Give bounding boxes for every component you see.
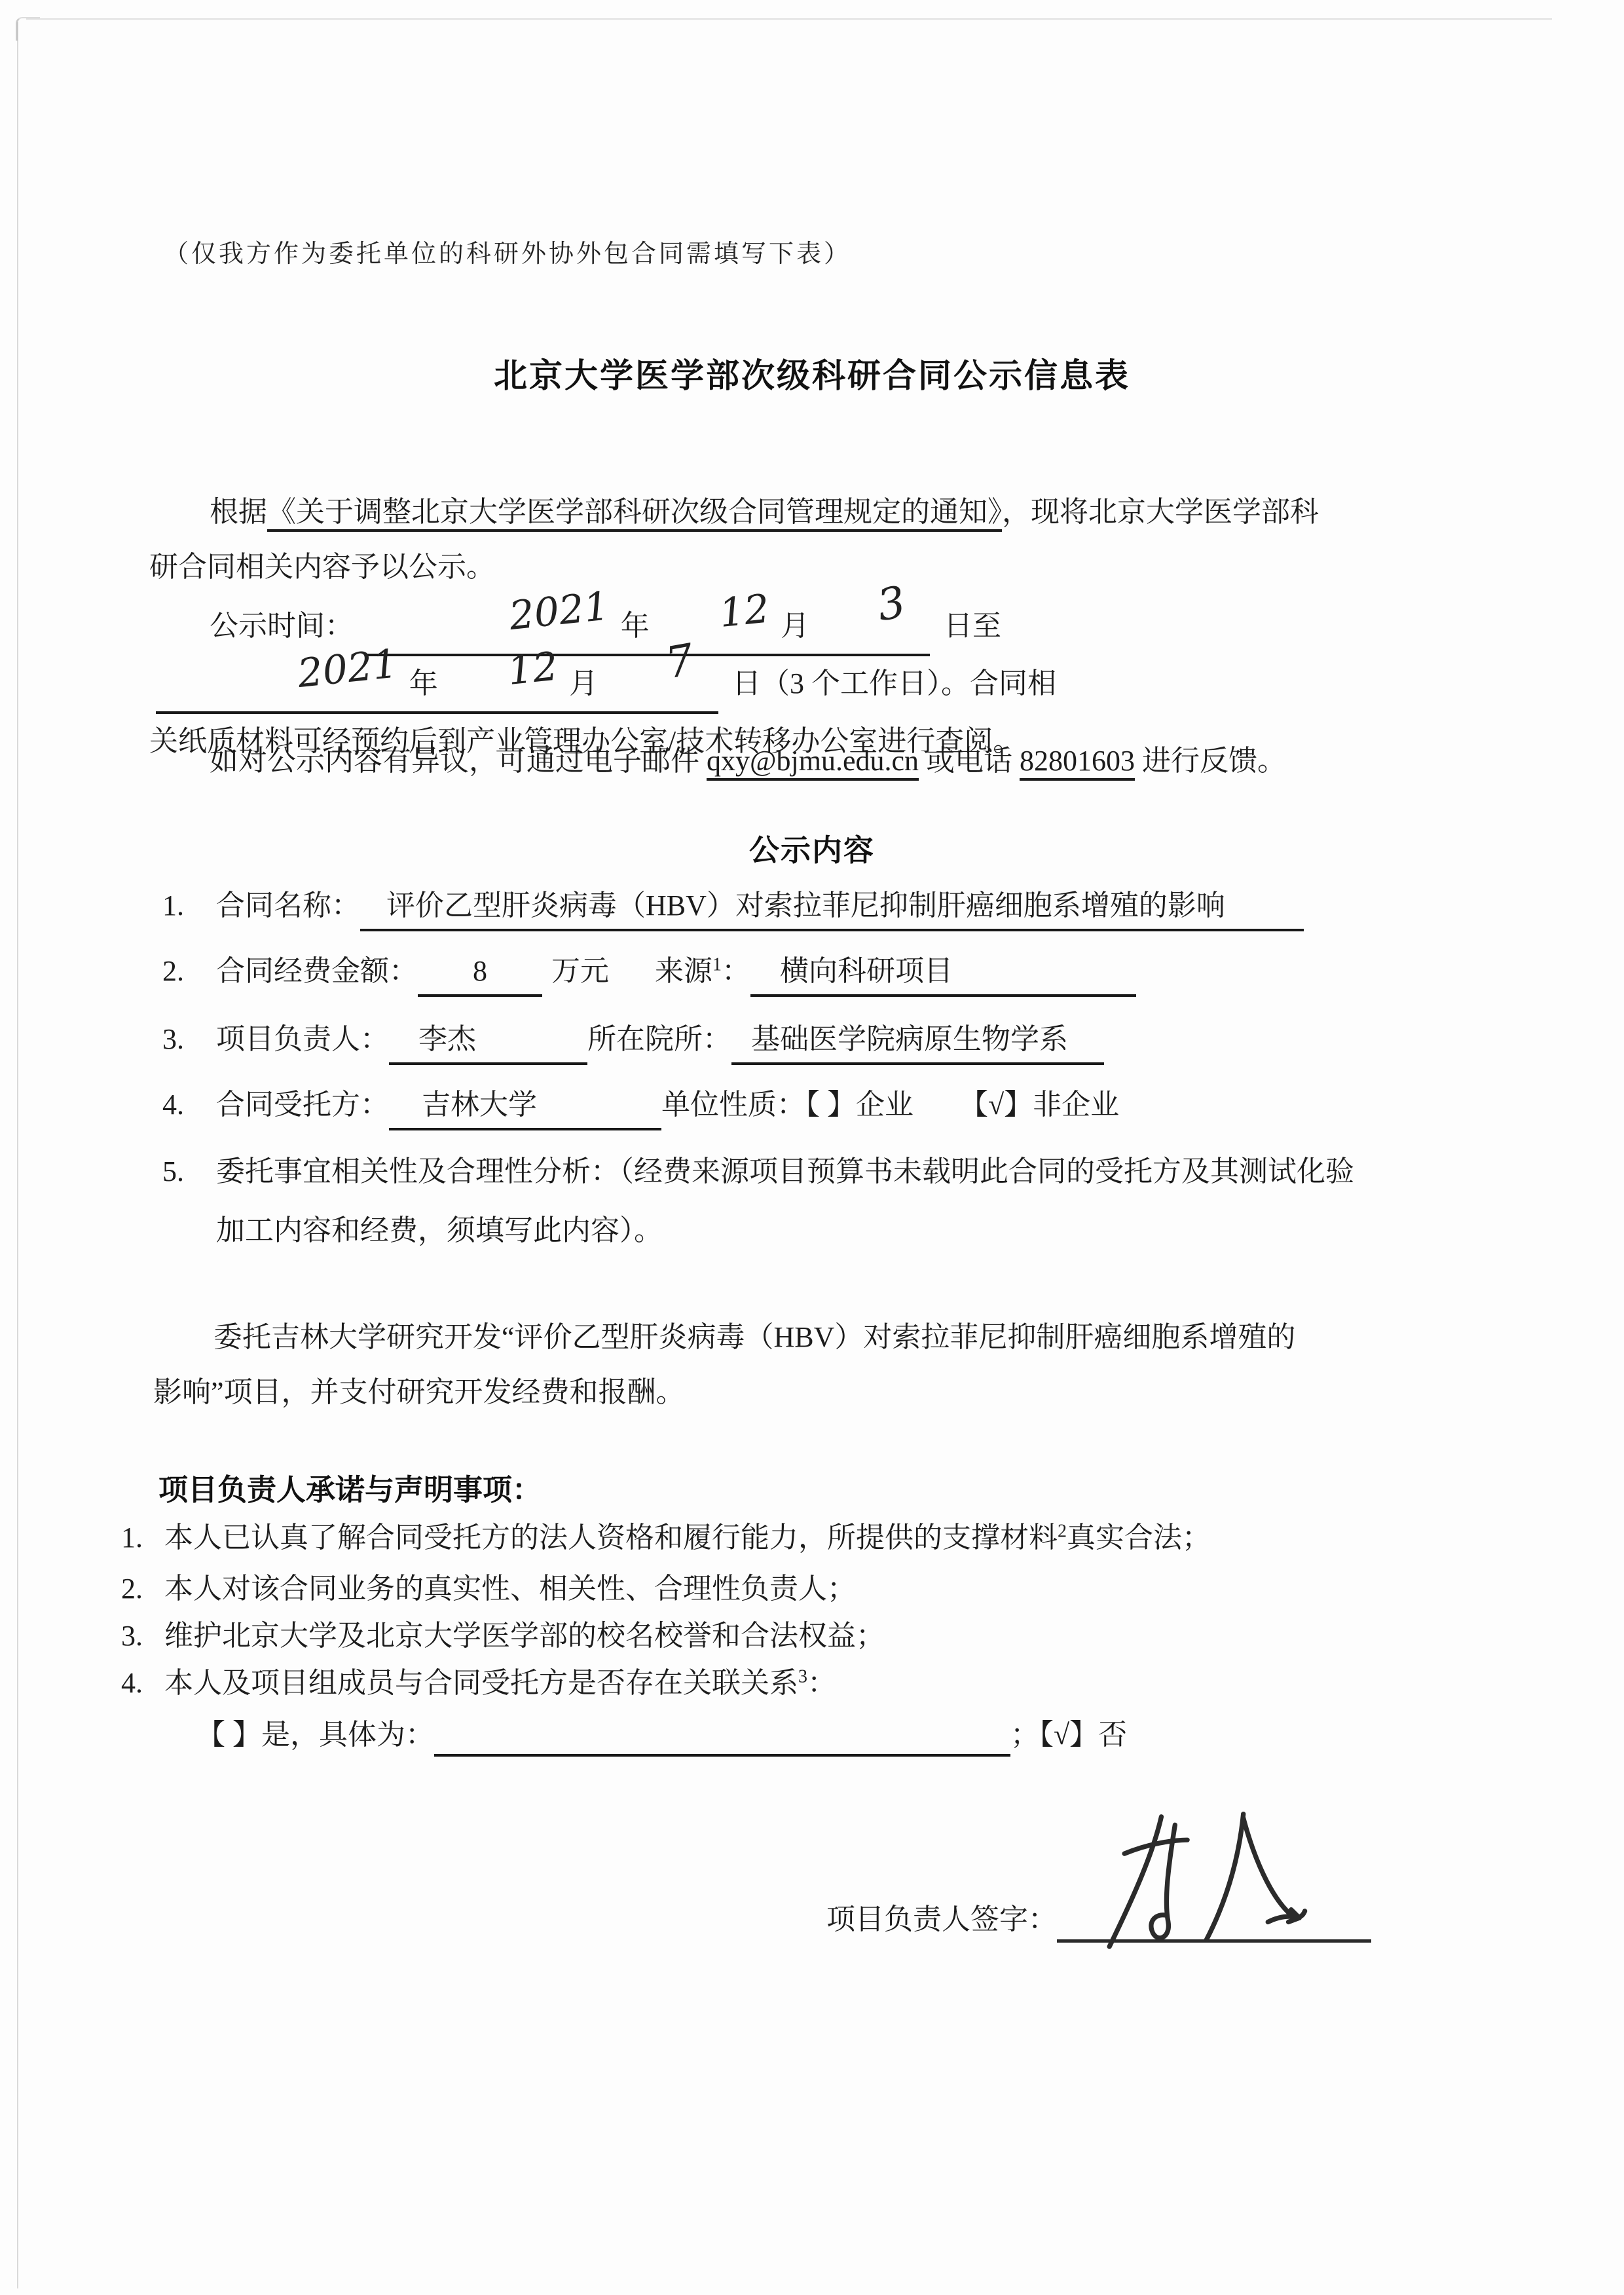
commitment-text-3: 维护北京大学及北京大学医学部的校名校誉和合法权益； (164, 1620, 885, 1652)
period-line-1: 公示时间： 2021年12月3 日至 2021年12月7 日（3 个工作日）。合… (149, 599, 1577, 714)
item-number: 3. (121, 1616, 164, 1656)
signature-label: 项目负责人签字： (826, 1903, 1057, 1935)
intro-paragraph: 根据《关于调整北京大学医学部科研次级合同管理规定的通知》，现将北京大学医学部科 … (149, 485, 1531, 595)
footnote-ref-3: 3 (798, 1666, 807, 1687)
month-unit-2: 月 (569, 667, 598, 700)
item-contract-amount: 2.合同经费金额：8万元来源1：横向科研项目 (162, 951, 1590, 997)
entrust-line-2: 影响”项目，并支付研究开发经费和报酬。 (153, 1365, 1535, 1420)
feedback-pre: 如对公示内容有异议，可通过电子邮件 (210, 745, 707, 777)
item-number: 1. (121, 1518, 164, 1558)
signature-line (1057, 1939, 1371, 1943)
notice-title: 《关于调整北京大学医学部科研次级合同管理规定的通知》 (267, 496, 1002, 528)
item-rationale-line-2: 加工内容和经费，须填写此内容）。 (216, 1210, 1624, 1251)
commitment-text-1b: 真实合法； (1067, 1521, 1211, 1554)
handwritten-year-2: 2021 (238, 663, 397, 681)
source-colon: ： (722, 955, 750, 987)
handwritten-day-1: 3 (819, 602, 905, 617)
contractor-label: 合同受托方： (216, 1089, 389, 1121)
handwritten-month-2: 12 (448, 666, 557, 678)
commitment-item-3: 3.维护北京大学及北京大学医学部的校名校誉和合法权益； (121, 1616, 1575, 1656)
commitment-text-2: 本人对该合同业务的真实性、相关性、合理性负责人； (164, 1573, 856, 1605)
item-number: 5. (162, 1151, 216, 1192)
item-number: 1. (162, 886, 216, 926)
source-value: 横向科研项目 (750, 951, 1136, 997)
footnote-ref-1: 1 (712, 954, 722, 975)
feedback-post: 进行反馈。 (1135, 745, 1286, 777)
checkbox-no-checked: 【√】否 (1039, 1719, 1127, 1751)
period-mid: 日至 (944, 610, 1001, 642)
item-contractor: 4.合同受托方：吉林大学单位性质：【 】企业【√】非企业 (162, 1085, 1590, 1130)
pi-value: 李杰 (389, 1019, 587, 1065)
period-tail: 日（3 个工作日）。合同相 (732, 667, 1056, 700)
month-unit-1: 月 (781, 610, 809, 642)
checkbox-non-enterprise-checked: 【√】非企业 (959, 1089, 1119, 1121)
year-unit-2: 年 (409, 667, 438, 700)
commitment-text-4: 本人及项目组成员与合同受托方是否存在关联关系 (164, 1667, 798, 1699)
intro-line-2: 研合同相关内容予以公示。 (149, 540, 1531, 595)
amount-unit: 万元 (551, 955, 609, 987)
signature-row: 项目负责人签字： (826, 1897, 1371, 1943)
commitment-item-2: 2.本人对该合同业务的真实性、相关性、合理性负责人； (121, 1569, 1575, 1609)
intro-line-1: 根据《关于调整北京大学医学部科研次级合同管理规定的通知》，现将北京大学医学部科 (149, 485, 1531, 540)
period-label: 公示时间： (210, 610, 354, 642)
rationale-text-1: 委托事宜相关性及合理性分析：（经费来源项目预算书未载明此合同的受托方及其测试化验 (216, 1155, 1354, 1187)
dept-label: 所在院所： (587, 1023, 731, 1055)
intro-prefix: 根据 (210, 496, 267, 528)
applicability-note: （仅我方作为委托单位的科研外协外包合同需填写下表） (164, 233, 851, 269)
date-blank-end: 2021年12月7 (156, 656, 718, 714)
item-number: 4. (121, 1664, 164, 1703)
contact-phone: 82801603 (1020, 745, 1135, 777)
item-number: 2. (121, 1569, 164, 1609)
intro-after: ，现将北京大学医学部科 (1002, 496, 1319, 528)
rationale-text-2: 加工内容和经费，须填写此内容）。 (216, 1214, 663, 1246)
handwritten-day-2: 7 (607, 660, 693, 675)
entrust-paragraph: 委托吉林大学研究开发“评价乙型肝炎病毒（HBV）对索拉菲尼抑制肝癌细胞系增殖的 … (153, 1310, 1535, 1420)
handwritten-signature (1083, 1804, 1319, 1962)
pi-label: 项目负责人： (216, 1023, 389, 1055)
relationship-options: 【 】是，具体为： ；【√】否 (196, 1711, 1127, 1757)
year-unit-1: 年 (621, 610, 650, 642)
relationship-detail-blank (434, 1711, 1010, 1757)
handwritten-month-1: 12 (659, 608, 769, 620)
source-label: 来源 (655, 955, 712, 987)
item-project-leader: 3.项目负责人：李杰所在院所：基础医学院病原生物学系 (162, 1019, 1590, 1065)
contact-email: qxy@bjmu.edu.cn (707, 745, 919, 777)
feedback-mid: 或电话 (919, 745, 1020, 777)
commitment-heading: 项目负责人承诺与声明事项： (158, 1466, 542, 1508)
footnote-ref-2: 2 (1058, 1521, 1067, 1541)
amount-value: 8 (418, 951, 542, 997)
options-separator: ； (1010, 1719, 1039, 1751)
commitment-text-4b: ： (807, 1667, 836, 1699)
dept-value: 基础医学院病原生物学系 (731, 1019, 1104, 1065)
commitment-text-1: 本人已认真了解合同受托方的法人资格和履行能力，所提供的支撑材料 (164, 1521, 1058, 1554)
scan-edge-artifact-top (26, 18, 1552, 20)
item-rationale-line-1: 5.委托事宜相关性及合理性分析：（经费来源项目预算书未载明此合同的受托方及其测试… (162, 1151, 1590, 1192)
nature-label: 单位性质： (661, 1089, 805, 1121)
checkbox-yes-unchecked: 【 】是，具体为： (196, 1719, 434, 1751)
contract-name-label: 合同名称： (216, 889, 360, 922)
scanned-form-page: （仅我方作为委托单位的科研外协外包合同需填写下表） 北京大学医学部次级科研合同公… (0, 0, 1624, 2295)
commitment-item-1: 1.本人已认真了解合同受托方的法人资格和履行能力，所提供的支撑材料2真实合法； (121, 1518, 1575, 1558)
item-number: 2. (162, 951, 216, 992)
amount-label: 合同经费金额： (216, 955, 418, 987)
contractor-value: 吉林大学 (389, 1085, 661, 1130)
date-blank-start: 2021年12月3 (367, 599, 930, 656)
scan-corner-artifact (16, 17, 40, 41)
contract-name-value: 评价乙型肝炎病毒（HBV）对索拉菲尼抑制肝癌细胞系增殖的影响 (360, 886, 1304, 931)
commitment-item-4: 4.本人及项目组成员与合同受托方是否存在关联关系3： (121, 1664, 1575, 1703)
checkbox-enterprise: 【 】企业 (805, 1089, 913, 1121)
item-contract-name: 1.合同名称：评价乙型肝炎病毒（HBV）对索拉菲尼抑制肝癌细胞系增殖的影响 (162, 886, 1590, 931)
item-number: 3. (162, 1019, 216, 1060)
feedback-line: 如对公示内容有异议，可通过电子邮件 qxy@bjmu.edu.cn 或电话 82… (149, 734, 1531, 789)
section-heading: 公示内容 (0, 827, 1624, 870)
handwritten-year-1: 2021 (449, 606, 608, 623)
entrust-line-1: 委托吉林大学研究开发“评价乙型肝炎病毒（HBV）对索拉菲尼抑制肝癌细胞系增殖的 (153, 1310, 1535, 1365)
item-number: 4. (162, 1085, 216, 1125)
page-title: 北京大学医学部次级科研合同公示信息表 (0, 348, 1624, 397)
